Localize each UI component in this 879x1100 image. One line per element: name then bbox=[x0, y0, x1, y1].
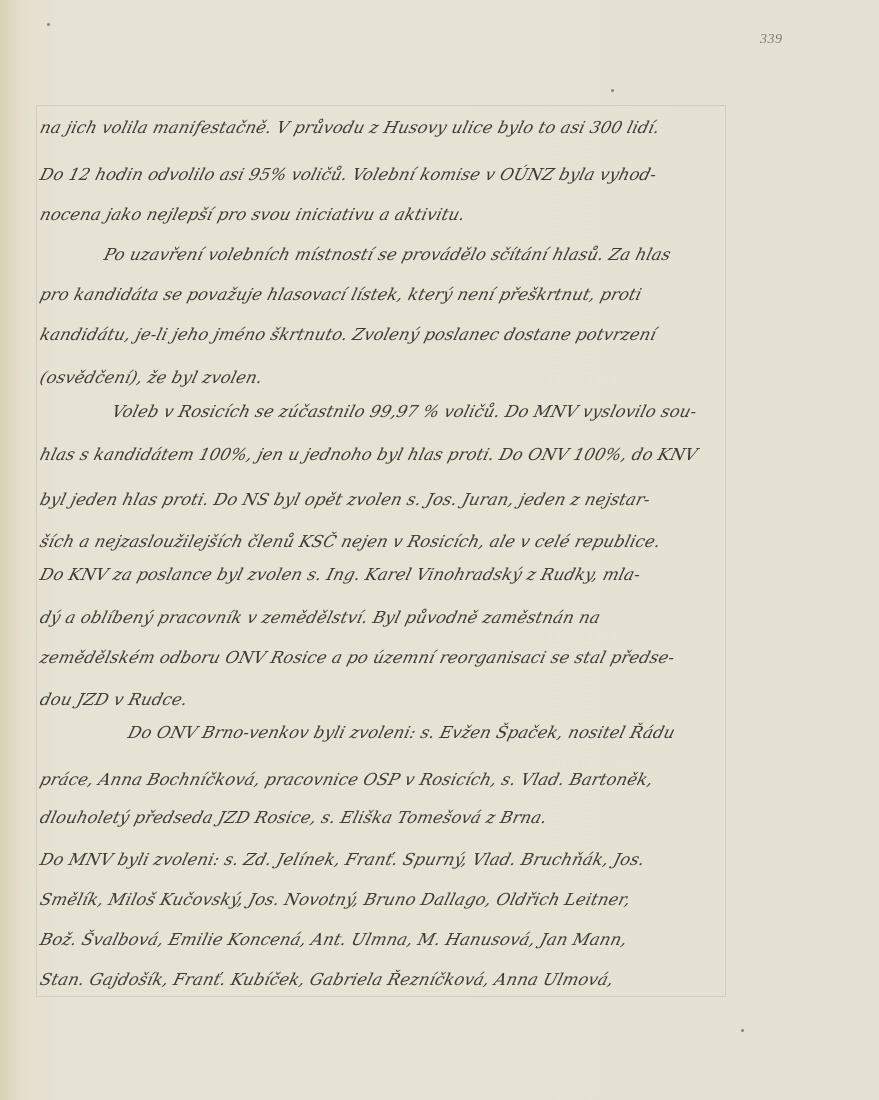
text-line: Do 12 hodin odvolilo asi 95% voličů. Vol… bbox=[38, 165, 733, 184]
text-line: Po uzavření volebních místností se prová… bbox=[102, 245, 797, 264]
text-line: dý a oblíbený pracovník v zemědělství. B… bbox=[38, 608, 733, 627]
text-line: byl jeden hlas proti. Do NS byl opět zvo… bbox=[38, 490, 733, 509]
paper-speck bbox=[47, 23, 50, 26]
text-line: hlas s kandidátem 100%, jen u jednoho by… bbox=[38, 445, 733, 464]
text-line: ších a nejzasloužilejších členů KSČ neje… bbox=[38, 532, 733, 551]
text-line: kandidátu, je-li jeho jméno škrtnuto. Zv… bbox=[38, 325, 733, 344]
text-line: Stan. Gajdošík, Franť. Kubíček, Gabriela… bbox=[38, 970, 733, 989]
text-line: na jich volila manifestačně. V průvodu z… bbox=[38, 118, 733, 137]
text-line: Voleb v Rosicích se zúčastnilo 99,97 % v… bbox=[110, 402, 805, 421]
text-line: dlouholetý předseda JZD Rosice, s. Elišk… bbox=[38, 808, 733, 827]
text-line: práce, Anna Bochníčková, pracovnice OSP … bbox=[38, 770, 733, 789]
text-line: pro kandidáta se považuje hlasovací líst… bbox=[38, 285, 733, 304]
paper-speck bbox=[741, 1029, 744, 1032]
text-line: (osvědčení), že byl zvolen. bbox=[38, 368, 733, 387]
paper-speck bbox=[611, 89, 614, 92]
text-line: Bož. Švalbová, Emilie Koncená, Ant. Ulmn… bbox=[38, 930, 733, 949]
text-line: zemědělském odboru ONV Rosice a po územn… bbox=[38, 648, 733, 667]
text-line: Do ONV Brno-venkov byli zvoleni: s. Evže… bbox=[126, 723, 821, 742]
text-line: Do KNV za poslance byl zvolen s. Ing. Ka… bbox=[38, 565, 733, 584]
text-line: Do MNV byli zvoleni: s. Zd. Jelínek, Fra… bbox=[38, 850, 733, 869]
page-number: 339 bbox=[760, 32, 783, 48]
text-line: Smělík, Miloš Kučovský, Jos. Novotný, Br… bbox=[38, 890, 733, 909]
text-line: nocena jako nejlepší pro svou iniciativu… bbox=[38, 205, 733, 224]
text-line: dou JZD v Rudce. bbox=[38, 690, 733, 709]
